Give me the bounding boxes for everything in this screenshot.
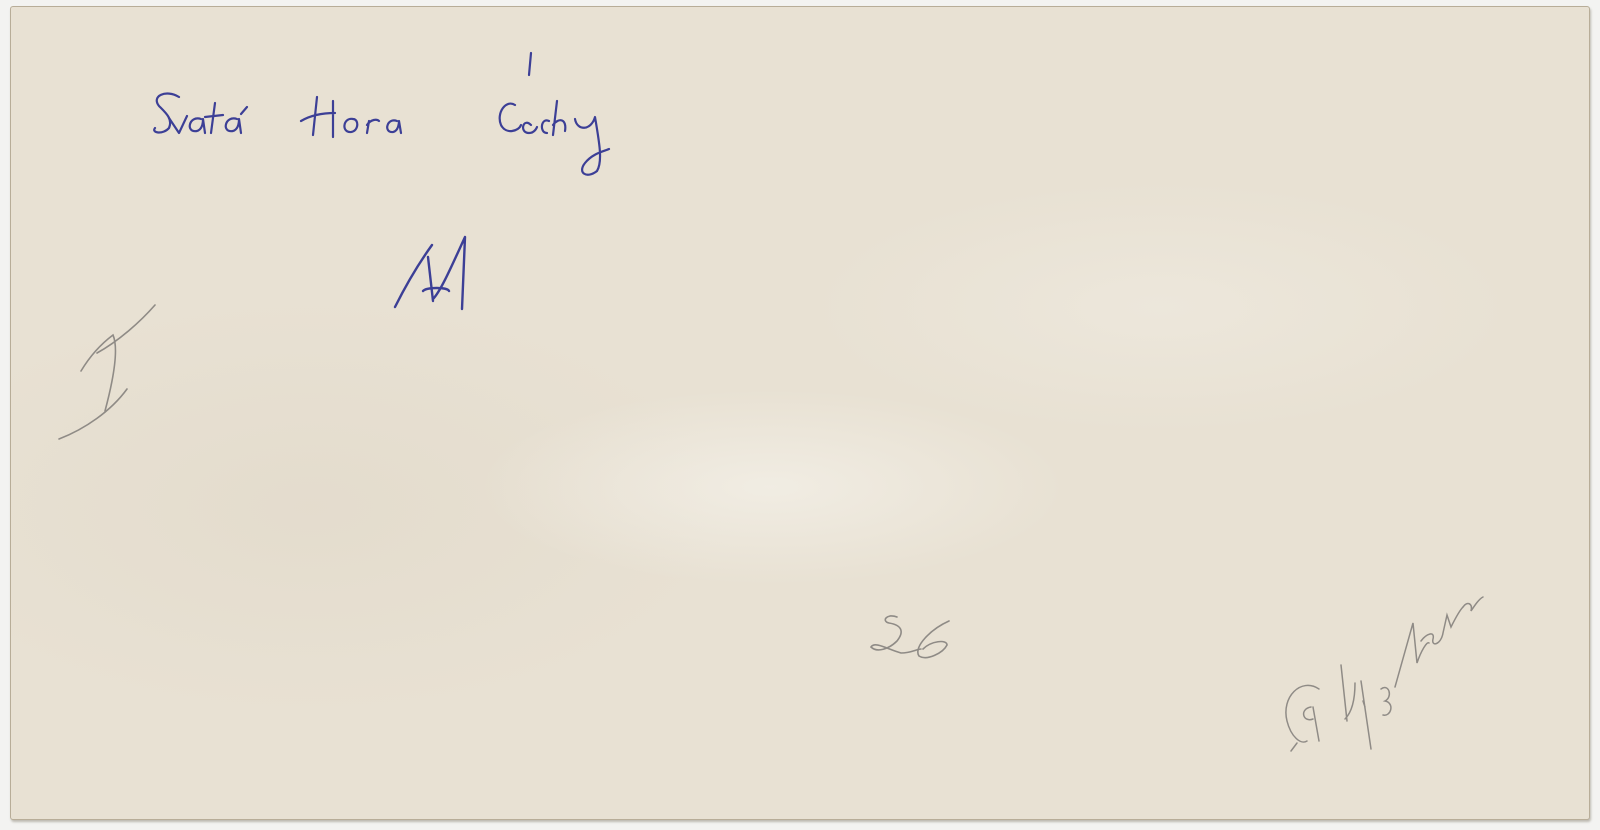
pencil-mark-left	[59, 305, 155, 439]
photo-card-back: Svatá Hora Čechy	[10, 6, 1590, 820]
monogram-handwriting	[395, 237, 465, 309]
caption-handwriting	[154, 53, 609, 175]
pencil-number	[871, 616, 949, 658]
handwriting-layer	[11, 7, 1589, 819]
pencil-signature	[1286, 597, 1483, 751]
